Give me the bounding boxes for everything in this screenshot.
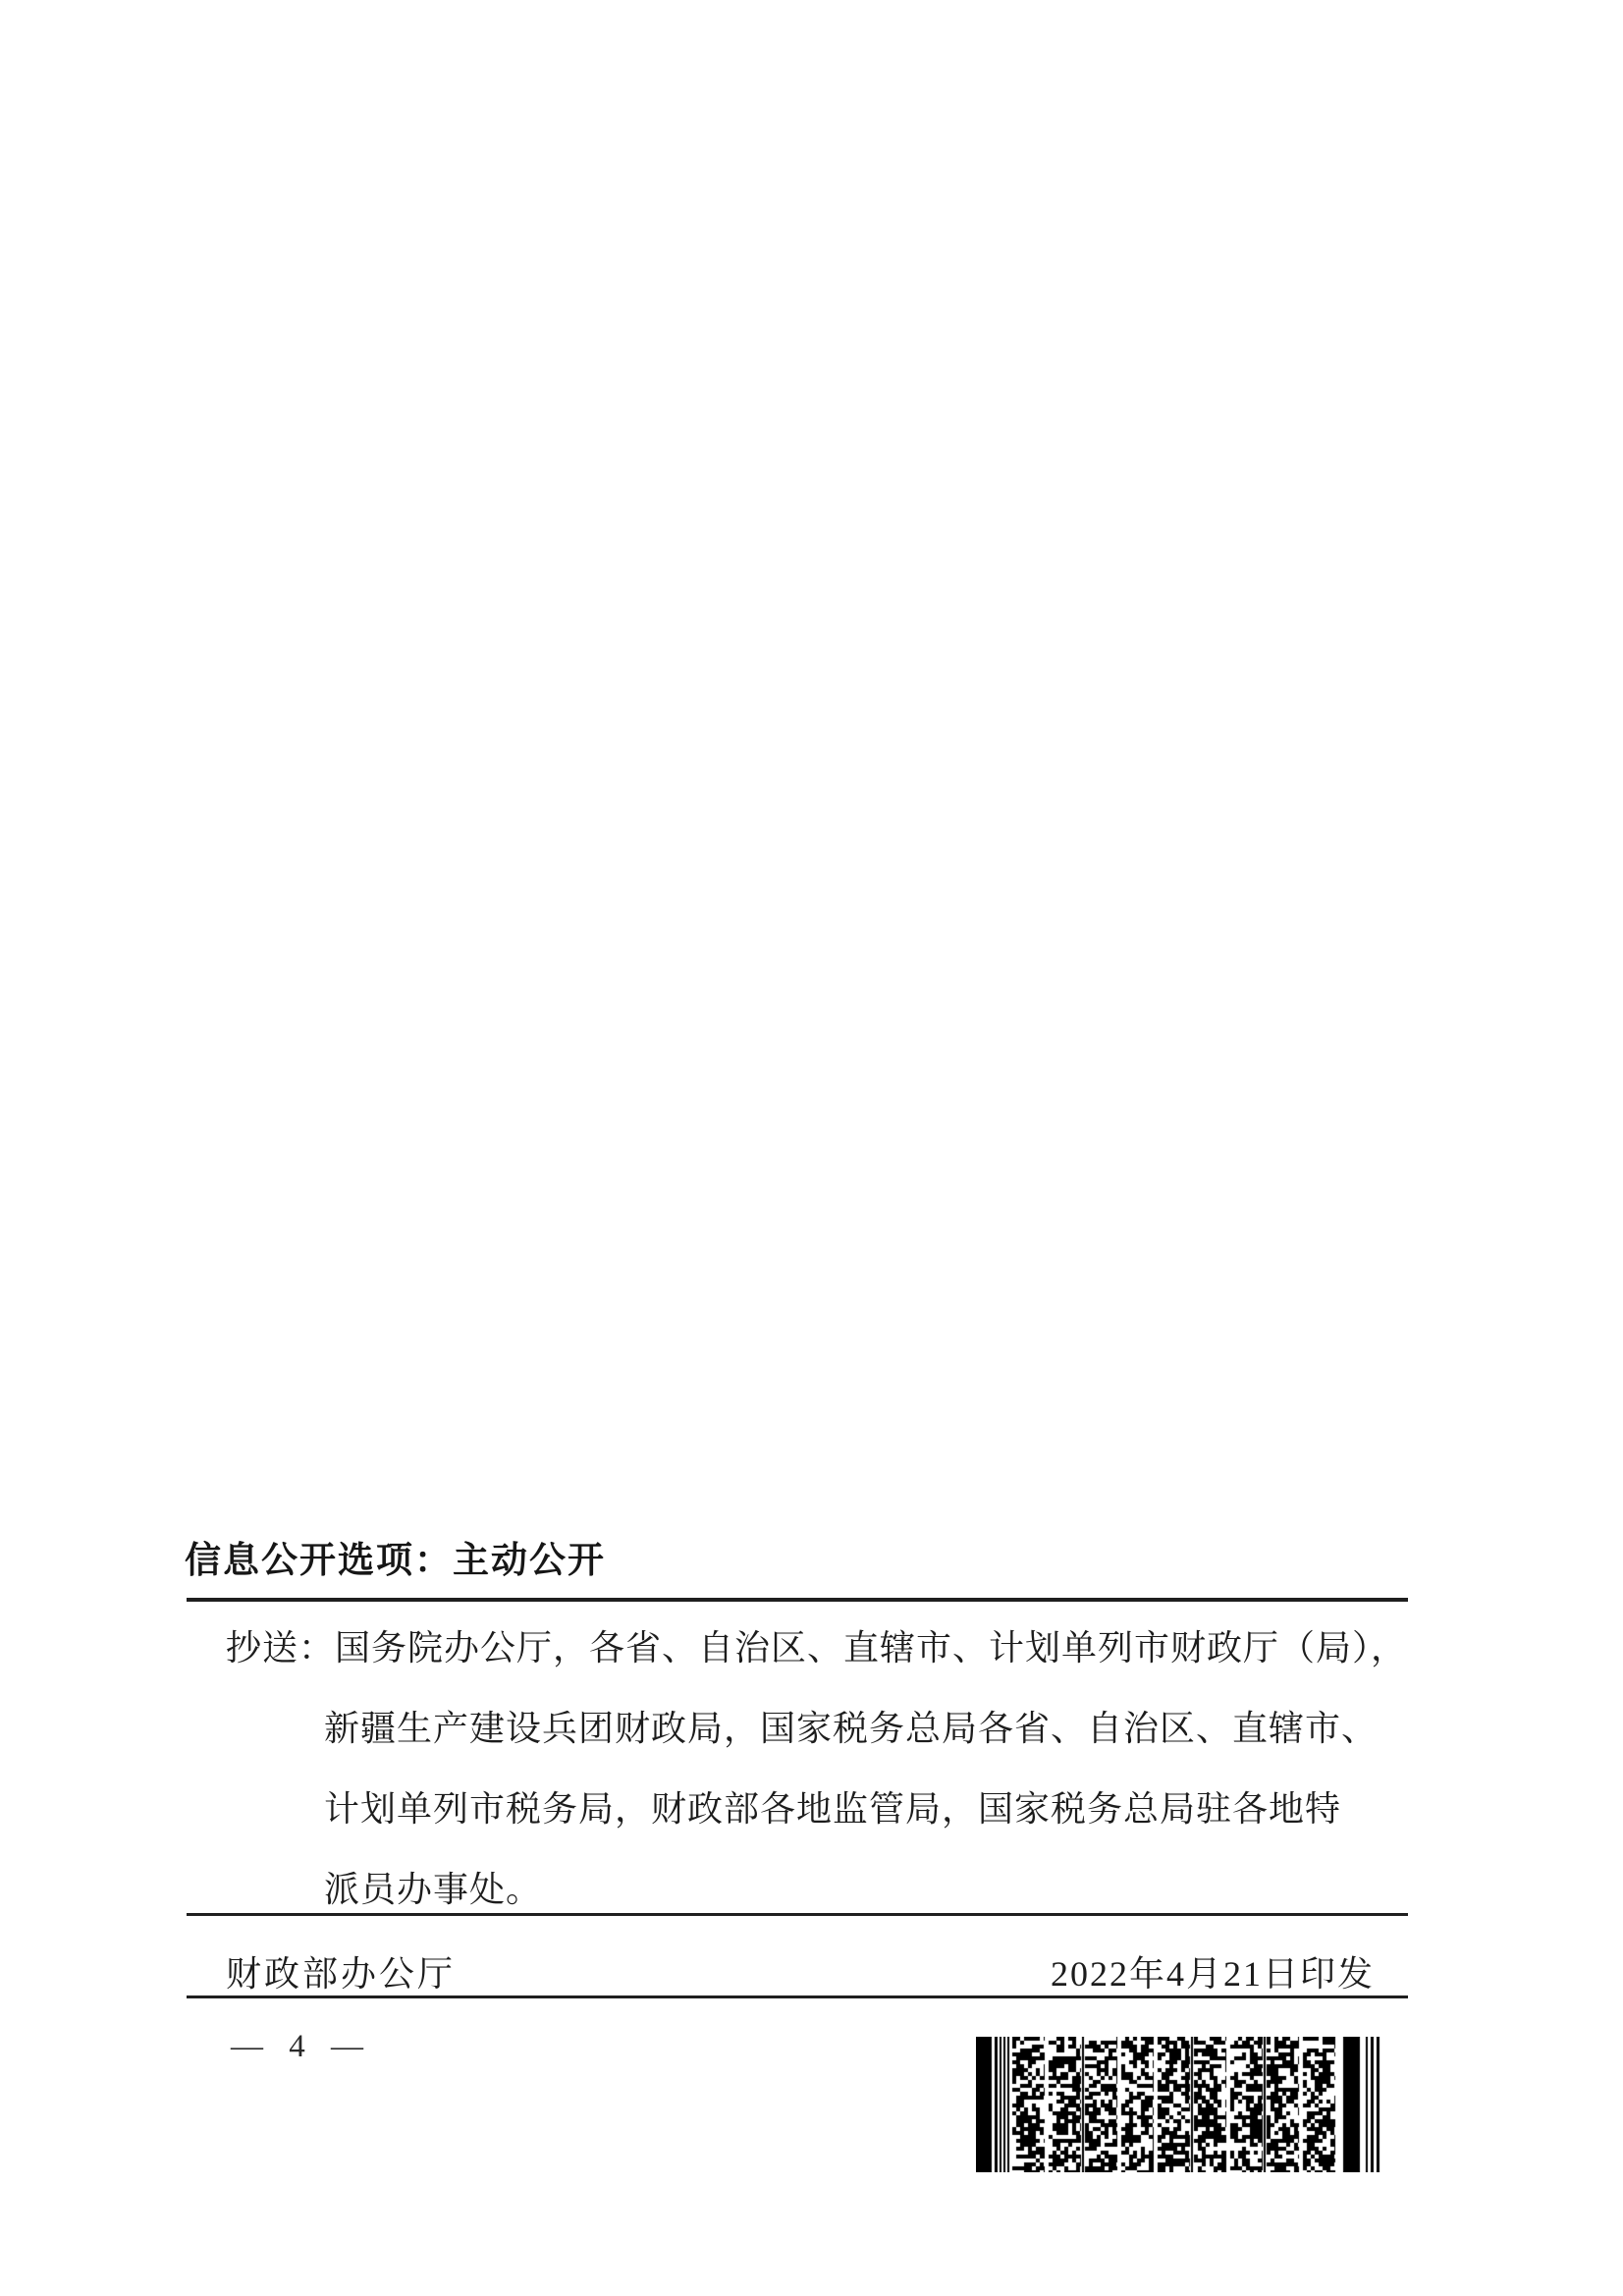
- document-page: 信息公开选项：主动公开 抄送：国务院办公厅，各省、自治区、直辖市、计划单列市财政…: [0, 0, 1623, 2296]
- divider-bottom: [187, 1995, 1408, 1998]
- disclosure-option-line: 信息公开选项：主动公开: [185, 1530, 606, 1583]
- cc-line: 新疆生产建设兵团财政局，国家税务总局各省、自治区、直辖市、: [324, 1701, 1378, 1751]
- cc-line: 派员办事处。: [324, 1862, 542, 1912]
- barcode-2d-icon: [976, 2037, 1380, 2172]
- issuing-office: 财政部办公厅: [226, 1946, 456, 1996]
- page-number: — 4 —: [231, 2029, 365, 2065]
- cc-line: 计划单列市税务局，财政部各地监管局，国家税务总局驻各地特: [324, 1781, 1341, 1831]
- barcode-2d-image: [976, 2037, 1380, 2172]
- divider-middle: [187, 1913, 1408, 1916]
- print-date: 2022年4月21日印发: [1051, 1946, 1375, 1996]
- cc-line: 抄送：国务院办公厅，各省、自治区、直辖市、计划单列市财政厅（局），: [226, 1620, 1407, 1670]
- divider-top: [187, 1598, 1408, 1602]
